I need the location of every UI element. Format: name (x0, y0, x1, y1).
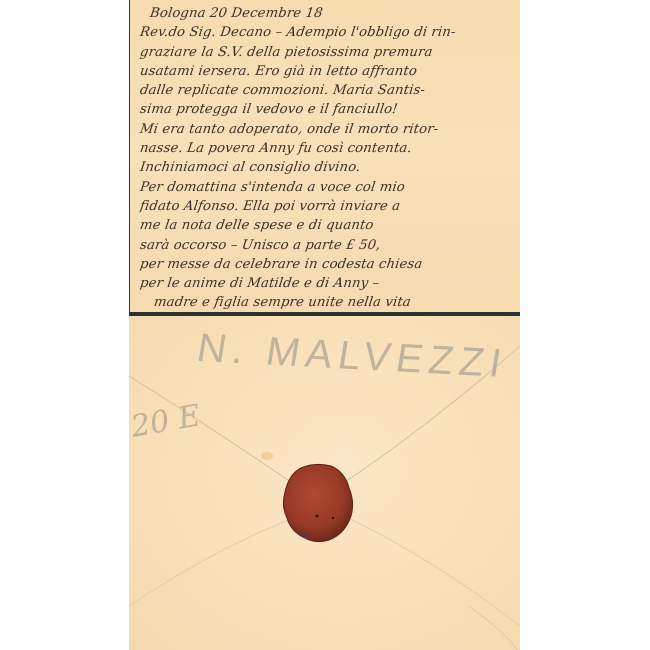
letter-line: dalle replicate commozioni. Maria Santis… (139, 81, 516, 100)
scanned-document: Bologna 20 Decembre 18 Rev.do Sig. Decan… (129, 0, 520, 650)
letter-line: me la nota delle spese e di quanto (139, 216, 516, 235)
letter-line: fidato Alfonso. Ella poi vorrà inviare a (139, 197, 516, 216)
letter-line: nasse. La povera Anny fu così contenta. (139, 139, 516, 158)
letter-text: Bologna 20 Decembre 18 Rev.do Sig. Decan… (140, 4, 514, 313)
letter-line: Per domattina s'intenda a voce col mio (139, 178, 516, 197)
letter-line: per le anime di Matilde e di Anny – (139, 274, 516, 293)
letter-line: Rev.do Sig. Decano – Adempio l'obbligo d… (139, 23, 516, 42)
letter-line: sarà occorso – Unisco a parte £ 50, (139, 236, 516, 255)
wax-seal-icon (281, 462, 355, 544)
letter-line: Mi era tanto adoperato, onde il morto ri… (139, 120, 516, 139)
letter-page: Bologna 20 Decembre 18 Rev.do Sig. Decan… (129, 0, 520, 312)
letter-line: Inchiniamoci al consiglio divino. (139, 158, 516, 177)
letter-line: madre e figlia sempre unite nella vita (139, 293, 516, 312)
letter-line: per messe da celebrare in codesta chiesa (139, 255, 516, 274)
letter-line: usatami iersera. Ero già in letto affran… (139, 62, 516, 81)
letter-line: graziare la S.V. della pietosissima prem… (139, 43, 516, 62)
letter-date-line: Bologna 20 Decembre 18 (139, 4, 516, 23)
envelope-back: N. MALVEZZI 20 E (129, 316, 520, 650)
letter-line: sima protegga il vedovo e il fanciullo! (139, 100, 516, 119)
